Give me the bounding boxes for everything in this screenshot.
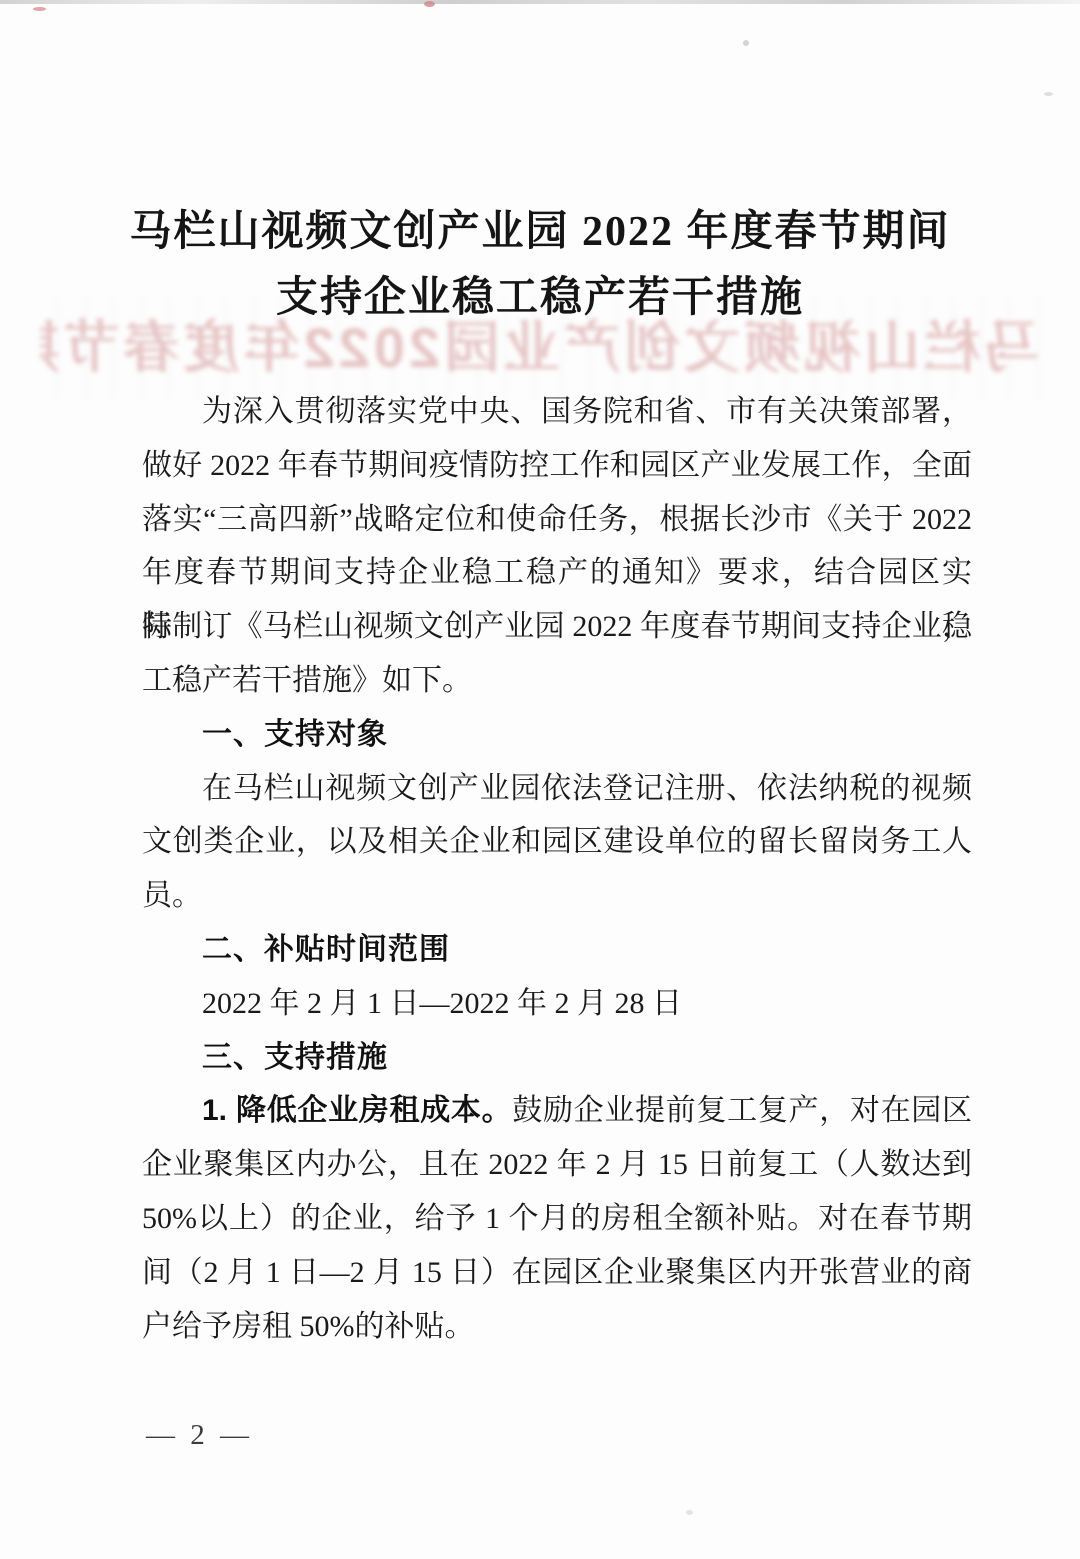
body-line: 1. 降低企业房租成本。鼓励企业提前复工复产，对在园区 [142,1084,972,1138]
scanned-document-page: 马栏山视频文创产业园 2022 年度春节期间 支持企业稳工稳产若干措施 马栏山视… [0,0,1080,1559]
subsidy-date-range: 2022 年 2 月 1 日—2022 年 2 月 28 日 [142,977,972,1031]
body-line: 户给予房租 50%的补贴。 [142,1300,972,1354]
scan-speck [686,1510,693,1515]
body-line: 企业聚集区内办公，且在 2022 年 2 月 15 日前复工（人数达到 [142,1138,972,1192]
body-line: 员。 [142,869,972,923]
title-line-1: 马栏山视频文创产业园 2022 年度春节期间 [0,199,1080,265]
page-number: — 2 — [146,1418,253,1452]
body-line: 工稳产若干措施》如下。 [142,654,972,708]
scan-speck [1044,92,1053,96]
scan-edge-artifact [0,0,1080,4]
section-heading-subsidy-period: 二、补贴时间范围 [142,923,972,977]
body-line: 文创类企业，以及相关企业和园区建设单位的留长留岗务工人 [142,815,972,869]
body-line: 50%以上）的企业，给予 1 个月的房租全额补贴。对在春节期 [142,1192,972,1246]
section-heading-support-targets: 一、支持对象 [142,708,972,762]
body-line: 间（2 月 1 日—2 月 15 日）在园区企业聚集区内开张营业的商 [142,1246,972,1300]
body-line: 在马栏山视频文创产业园依法登记注册、依法纳税的视频 [142,762,972,816]
scan-speck [424,1,435,7]
measure-1-text: 鼓励企业提前复工复产，对在园区 [512,1094,972,1127]
body-line: 为深入贯彻落实党中央、国务院和省、市有关决策部署， [142,385,972,439]
measure-1-lead: 1. 降低企业房租成本。 [202,1094,512,1127]
section-heading-support-measures: 三、支持措施 [142,1031,972,1085]
body-line: 做好 2022 年春节期间疫情防控工作和园区产业发展工作，全面 [142,439,972,493]
scan-speck [743,40,749,46]
body-line: 年度春节期间支持企业稳工稳产的通知》要求，结合园区实际， [142,546,972,600]
body-line: 特制订《马栏山视频文创产业园 2022 年度春节期间支持企业稳 [142,600,972,654]
body-line: 落实“三高四新”战略定位和使命任务，根据长沙市《关于 2022 [142,493,972,547]
scan-speck [33,7,46,11]
document-body: 为深入贯彻落实党中央、国务院和省、市有关决策部署， 做好 2022 年春节期间疫… [142,385,972,1353]
